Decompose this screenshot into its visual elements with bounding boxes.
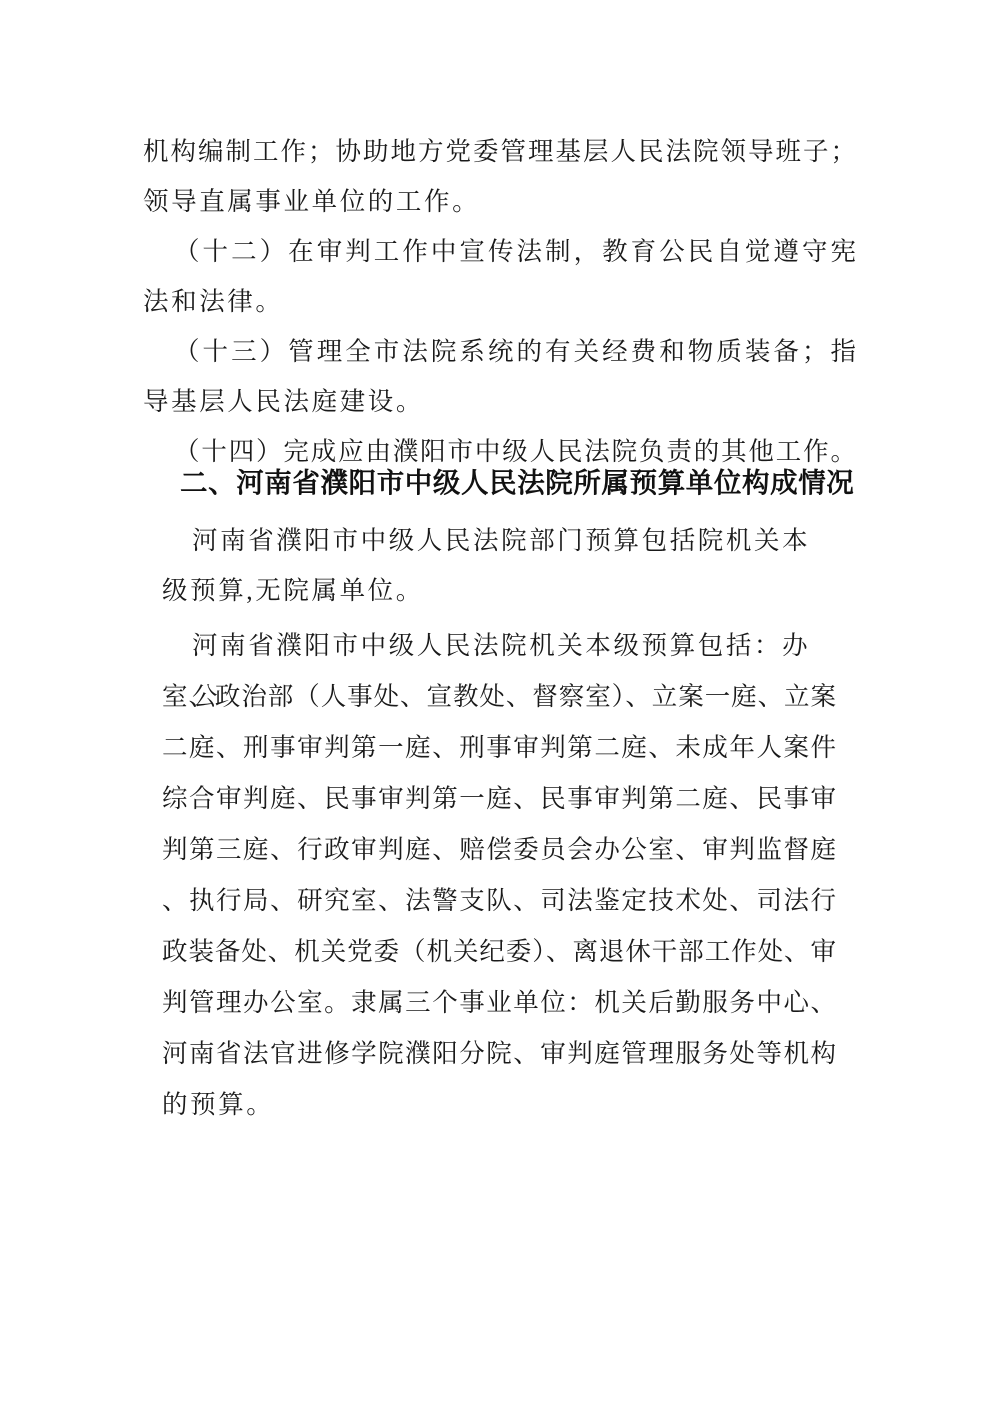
line-s2p2-8: 判管理办公室。隶属三个事业单位：机关后勤服务中心、	[162, 977, 836, 1028]
line-s2p2-9: 河南省法官进修学院濮阳分院、审判庭管理服务处等机构	[162, 1028, 836, 1079]
line-s2p2-4: 综合审判庭、民事审判第一庭、民事审判第二庭、民事审	[162, 773, 836, 824]
section2-heading: 二、河南省濮阳市中级人民法院所属预算单位构成情况	[143, 458, 863, 508]
line-item12-1: （十二）在审判工作中宣传法制，教育公民自觉遵守宪	[143, 227, 856, 277]
document-body: 机构编制工作；协助地方党委管理基层人民法院领导班子； 领导直属事业单位的工作。 …	[143, 127, 863, 1130]
line-s2p2-1: 河南省濮阳市中级人民法院机关本级预算包括：办公	[162, 620, 836, 671]
line-s2p1-1: 河南省濮阳市中级人民法院部门预算包括院机关本	[162, 516, 836, 566]
document-page: 机构编制工作；协助地方党委管理基层人民法院领导班子； 领导直属事业单位的工作。 …	[0, 0, 1000, 1414]
line-s2p2-5: 判第三庭、行政审判庭、赔偿委员会办公室、审判监督庭	[162, 824, 836, 875]
line-s2p2-6: 、执行局、研究室、法警支队、司法鉴定技术处、司法行	[162, 875, 836, 926]
line-s2p2-7: 政装备处、机关党委（机关纪委）、离退休干部工作处、审	[162, 926, 836, 977]
line-s2p2-3: 二庭、刑事审判第一庭、刑事审判第二庭、未成年人案件	[162, 722, 836, 773]
line-item13-2: 导基层人民法庭建设。	[143, 377, 856, 427]
line-item12-2: 法和法律。	[143, 277, 856, 327]
line-s2p1-2: 级预算,无院属单位。	[162, 566, 836, 616]
line-s2p2-10: 的预算。	[162, 1079, 836, 1130]
line-s2p2-2: 室、政治部（人事处、宣教处、督察室）、立案一庭、立案	[162, 671, 836, 722]
line-item11-continuation-1: 机构编制工作；协助地方党委管理基层人民法院领导班子；	[143, 127, 856, 177]
line-item13-1: （十三）管理全市法院系统的有关经费和物质装备；指	[143, 327, 856, 377]
line-item11-continuation-2: 领导直属事业单位的工作。	[143, 177, 856, 227]
